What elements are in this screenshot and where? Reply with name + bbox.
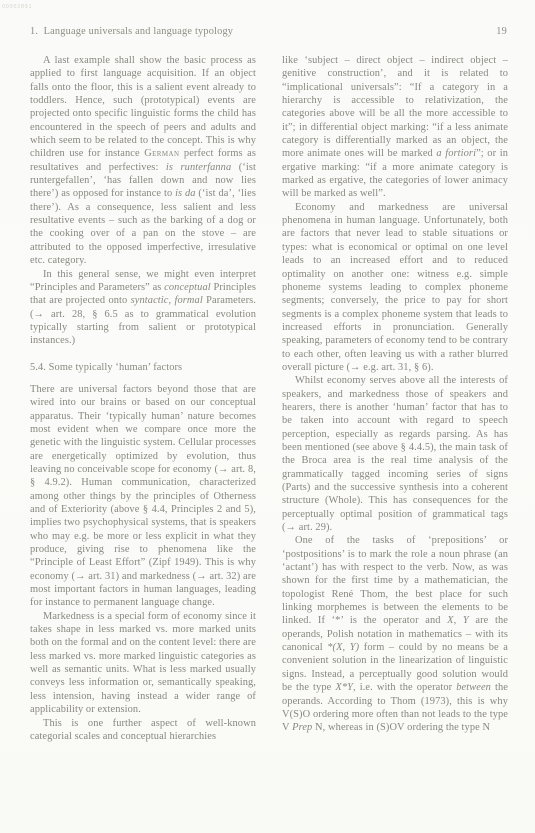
paragraph: This is one further aspect of well-known… [30, 717, 256, 744]
text-segment: (‘ist da’, ‘lies there’). As a consequen… [30, 188, 256, 266]
text-segment: Economy and markedness are universal phe… [282, 202, 508, 373]
left-column: A last example shall show the basic proc… [30, 54, 256, 743]
text-segment: syntactic, formal [131, 295, 203, 306]
right-column: like ‘subject – direct object – indirect… [282, 54, 508, 743]
paragraph: Whilst economy serves above all the inte… [282, 374, 508, 534]
text-segment: There are universal factors beyond those… [30, 384, 256, 609]
text-segment: X, Y [447, 615, 469, 626]
section-heading: 5.4. Some typically ‘human’ factors [30, 361, 256, 374]
text-segment: German [144, 148, 179, 159]
paragraph: Markedness is a special form of economy … [30, 610, 256, 717]
text-segment: like ‘subject – direct object – indirect… [282, 55, 508, 159]
paragraph: like ‘subject – direct object – indirect… [282, 54, 508, 201]
text-segment: N, whereas in (S)OV ordering the type N [312, 722, 490, 733]
text-segment: This is one further aspect of well-known… [30, 718, 256, 742]
text-segment: a fortiori [436, 148, 476, 159]
text-segment: *(X, Y) [327, 642, 359, 653]
text-segment: One of the tasks of ‘prepositions’ or ‘p… [282, 535, 508, 626]
paragraph: In this general sense, we might even int… [30, 268, 256, 348]
running-title: 1. Language universals and language typo… [30, 26, 233, 37]
paragraph: There are universal factors beyond those… [30, 383, 256, 610]
text-segment: X*Y [335, 682, 353, 693]
scan-stamp: 00002891 [2, 4, 32, 10]
text-segment: is da [175, 188, 196, 199]
text-segment: Markedness is a special form of economy … [30, 611, 256, 715]
paragraph: A last example shall show the basic proc… [30, 54, 256, 268]
text-segment: is runterfanna [166, 162, 231, 173]
text-segment: between [456, 682, 491, 693]
text-segment: , i.e. with the operator [353, 682, 456, 693]
page-number: 19 [496, 26, 507, 37]
text-segment: conceptual [164, 282, 211, 293]
text-segment: A last example shall show the basic proc… [30, 55, 256, 159]
text-columns: A last example shall show the basic proc… [30, 54, 508, 743]
text-segment: Whilst economy serves above all the inte… [282, 375, 508, 533]
text-segment: Prep [292, 722, 312, 733]
paragraph: One of the tasks of ‘prepositions’ or ‘p… [282, 534, 508, 734]
scanned-book-page: 00002891 1. Language universals and lang… [0, 0, 535, 833]
paragraph: Economy and markedness are universal phe… [282, 201, 508, 374]
running-header: 1. Language universals and language typo… [30, 26, 507, 37]
